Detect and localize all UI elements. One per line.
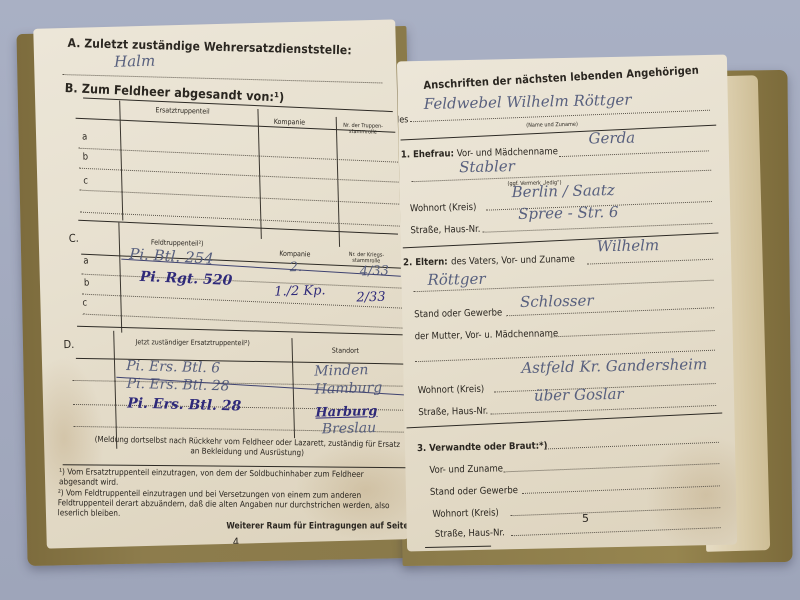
vater-stand-label: Stand oder Gewerbe — [414, 307, 502, 320]
section-b-col-kompanie: Kompanie — [274, 118, 305, 127]
verwandte-wohnort-label: Wohnort (Kreis) — [432, 507, 499, 519]
column-divider — [113, 331, 117, 449]
section-3-label: 3. Verwandte oder Braut:*) — [417, 440, 548, 454]
footnote-1: ¹) Vom Ersatztruppenteil einzutragen, vo… — [59, 466, 403, 489]
ehefrau-strasse-label: Straße, Haus-Nr. — [410, 224, 480, 236]
row-label-c-b: b — [84, 277, 90, 288]
dotline — [551, 330, 715, 337]
section-b-col-ersatz: Ersatztruppenteil — [155, 106, 209, 115]
d-note: (Meldung dortselbst nach Rückkehr vom Fe… — [92, 435, 402, 460]
dotline — [587, 259, 713, 265]
dotline — [482, 223, 712, 233]
c-entry-b-unit: Pi. Rgt. 520 — [140, 269, 233, 289]
left-page: A. Zuletzt zuständige Wehrersatzdienstst… — [33, 19, 408, 548]
ehefrau-strasse-value: Spree - Str. 6 — [518, 203, 619, 223]
row-label-b-b: b — [82, 151, 88, 162]
ehefrau-maiden-value: Stabler — [459, 157, 515, 176]
verwandte-strasse-label: Straße, Haus-Nr. — [435, 527, 505, 539]
des-caption: (Name und Zuname) — [526, 122, 578, 129]
dotline — [80, 212, 400, 227]
dotline — [559, 150, 709, 157]
eltern-strasse-value: über Goslar — [534, 385, 624, 405]
section-2-label: 2. Eltern: — [403, 256, 448, 268]
c-entry-a-nr: 4/33 — [360, 264, 390, 280]
dotline — [79, 190, 399, 205]
dotline — [82, 294, 402, 309]
section-d-col-unit: Jetzt zuständiger Ersatztruppenteil²) — [135, 338, 249, 347]
right-page: Anschriften der nächsten lebenden Angehö… — [397, 55, 737, 552]
section-a-title: A. Zuletzt zuständige Wehrersatzdienstst… — [67, 36, 351, 57]
ehefrau-name-value: Gerda — [588, 129, 635, 148]
dotline — [82, 274, 402, 289]
mutter-name-label: der Mutter, Vor- u. Mädchenname — [415, 328, 559, 342]
section-d-col-standort: Standort — [332, 347, 359, 355]
section-1-label: 1. Ehefrau: — [401, 148, 454, 160]
vater-name-value: Wilhelm — [597, 236, 660, 255]
c-entry-b-nr: 2/33 — [356, 290, 386, 306]
dotline — [511, 527, 721, 536]
section-c-bottom-rule — [77, 326, 407, 336]
d-entry-3-standort: Breslau — [322, 420, 377, 437]
des-value: Feldwebel Wilhelm Röttger — [424, 91, 632, 113]
row-label-b-a: a — [82, 131, 88, 142]
footnote-2: ²) Vom Feldtruppenteil einzutragen und b… — [58, 487, 404, 520]
ehefrau-wohnort-label: Wohnort (Kreis) — [410, 202, 477, 214]
vater-name-label: des Vaters, Vor- und Zuname — [451, 254, 575, 268]
column-divider — [119, 101, 123, 221]
d-entry-3-unit: Pi. Ers. Btl. 28 — [127, 396, 242, 415]
page-number-5: 5 — [582, 512, 589, 525]
row-label-c-c: c — [82, 298, 87, 309]
dotline — [79, 168, 399, 183]
d-entry-1-standort: Minden — [314, 362, 368, 379]
more-space-note: Weiterer Raum für Eintragungen auf Seite… — [226, 521, 408, 531]
des-label: des — [397, 115, 409, 125]
d-stamp: Harburg — [315, 404, 377, 421]
eltern-wohnort-value: Astfeld Kr. Gandersheim — [521, 355, 707, 377]
eltern-strasse-label: Straße, Haus-Nr. — [418, 406, 488, 418]
c-entry-a-kompanie: 2. — [289, 260, 302, 275]
right-page-title: Anschriften der nächsten lebenden Angehö… — [423, 64, 699, 92]
dotline — [522, 485, 720, 494]
section-d-letter: D. — [63, 338, 74, 351]
ehefrau-wohnort-value: Berlin / Saatz — [511, 181, 614, 201]
vater-surname-value: Röttger — [427, 270, 485, 289]
section-c-letter: C. — [69, 232, 79, 245]
row-label-c-a: a — [83, 255, 89, 266]
footnote-rule — [425, 546, 491, 548]
section-b-bottom-rule — [78, 220, 398, 235]
verwandte-stand-label: Stand oder Gewerbe — [430, 485, 518, 498]
d-entry-1-unit: Pi. Ers. Btl. 6 — [126, 358, 220, 376]
verwandte-name-label: Vor- und Zuname — [429, 463, 503, 476]
column-divider — [336, 117, 340, 247]
eltern-wohnort-label: Wohnort (Kreis) — [418, 384, 485, 396]
section-a-handwritten: Halm — [114, 52, 156, 71]
dotline — [490, 405, 716, 415]
c-entry-b-kompanie: 1./2 Kp. — [274, 283, 326, 299]
section-c-col-kompanie: Kompanie — [279, 250, 310, 259]
dotline — [504, 463, 720, 472]
vater-stand-value: Schlosser — [520, 291, 594, 311]
dotline — [545, 442, 719, 450]
row-label-b-c: c — [83, 175, 88, 186]
dotline — [78, 148, 398, 163]
dotline — [510, 507, 720, 516]
